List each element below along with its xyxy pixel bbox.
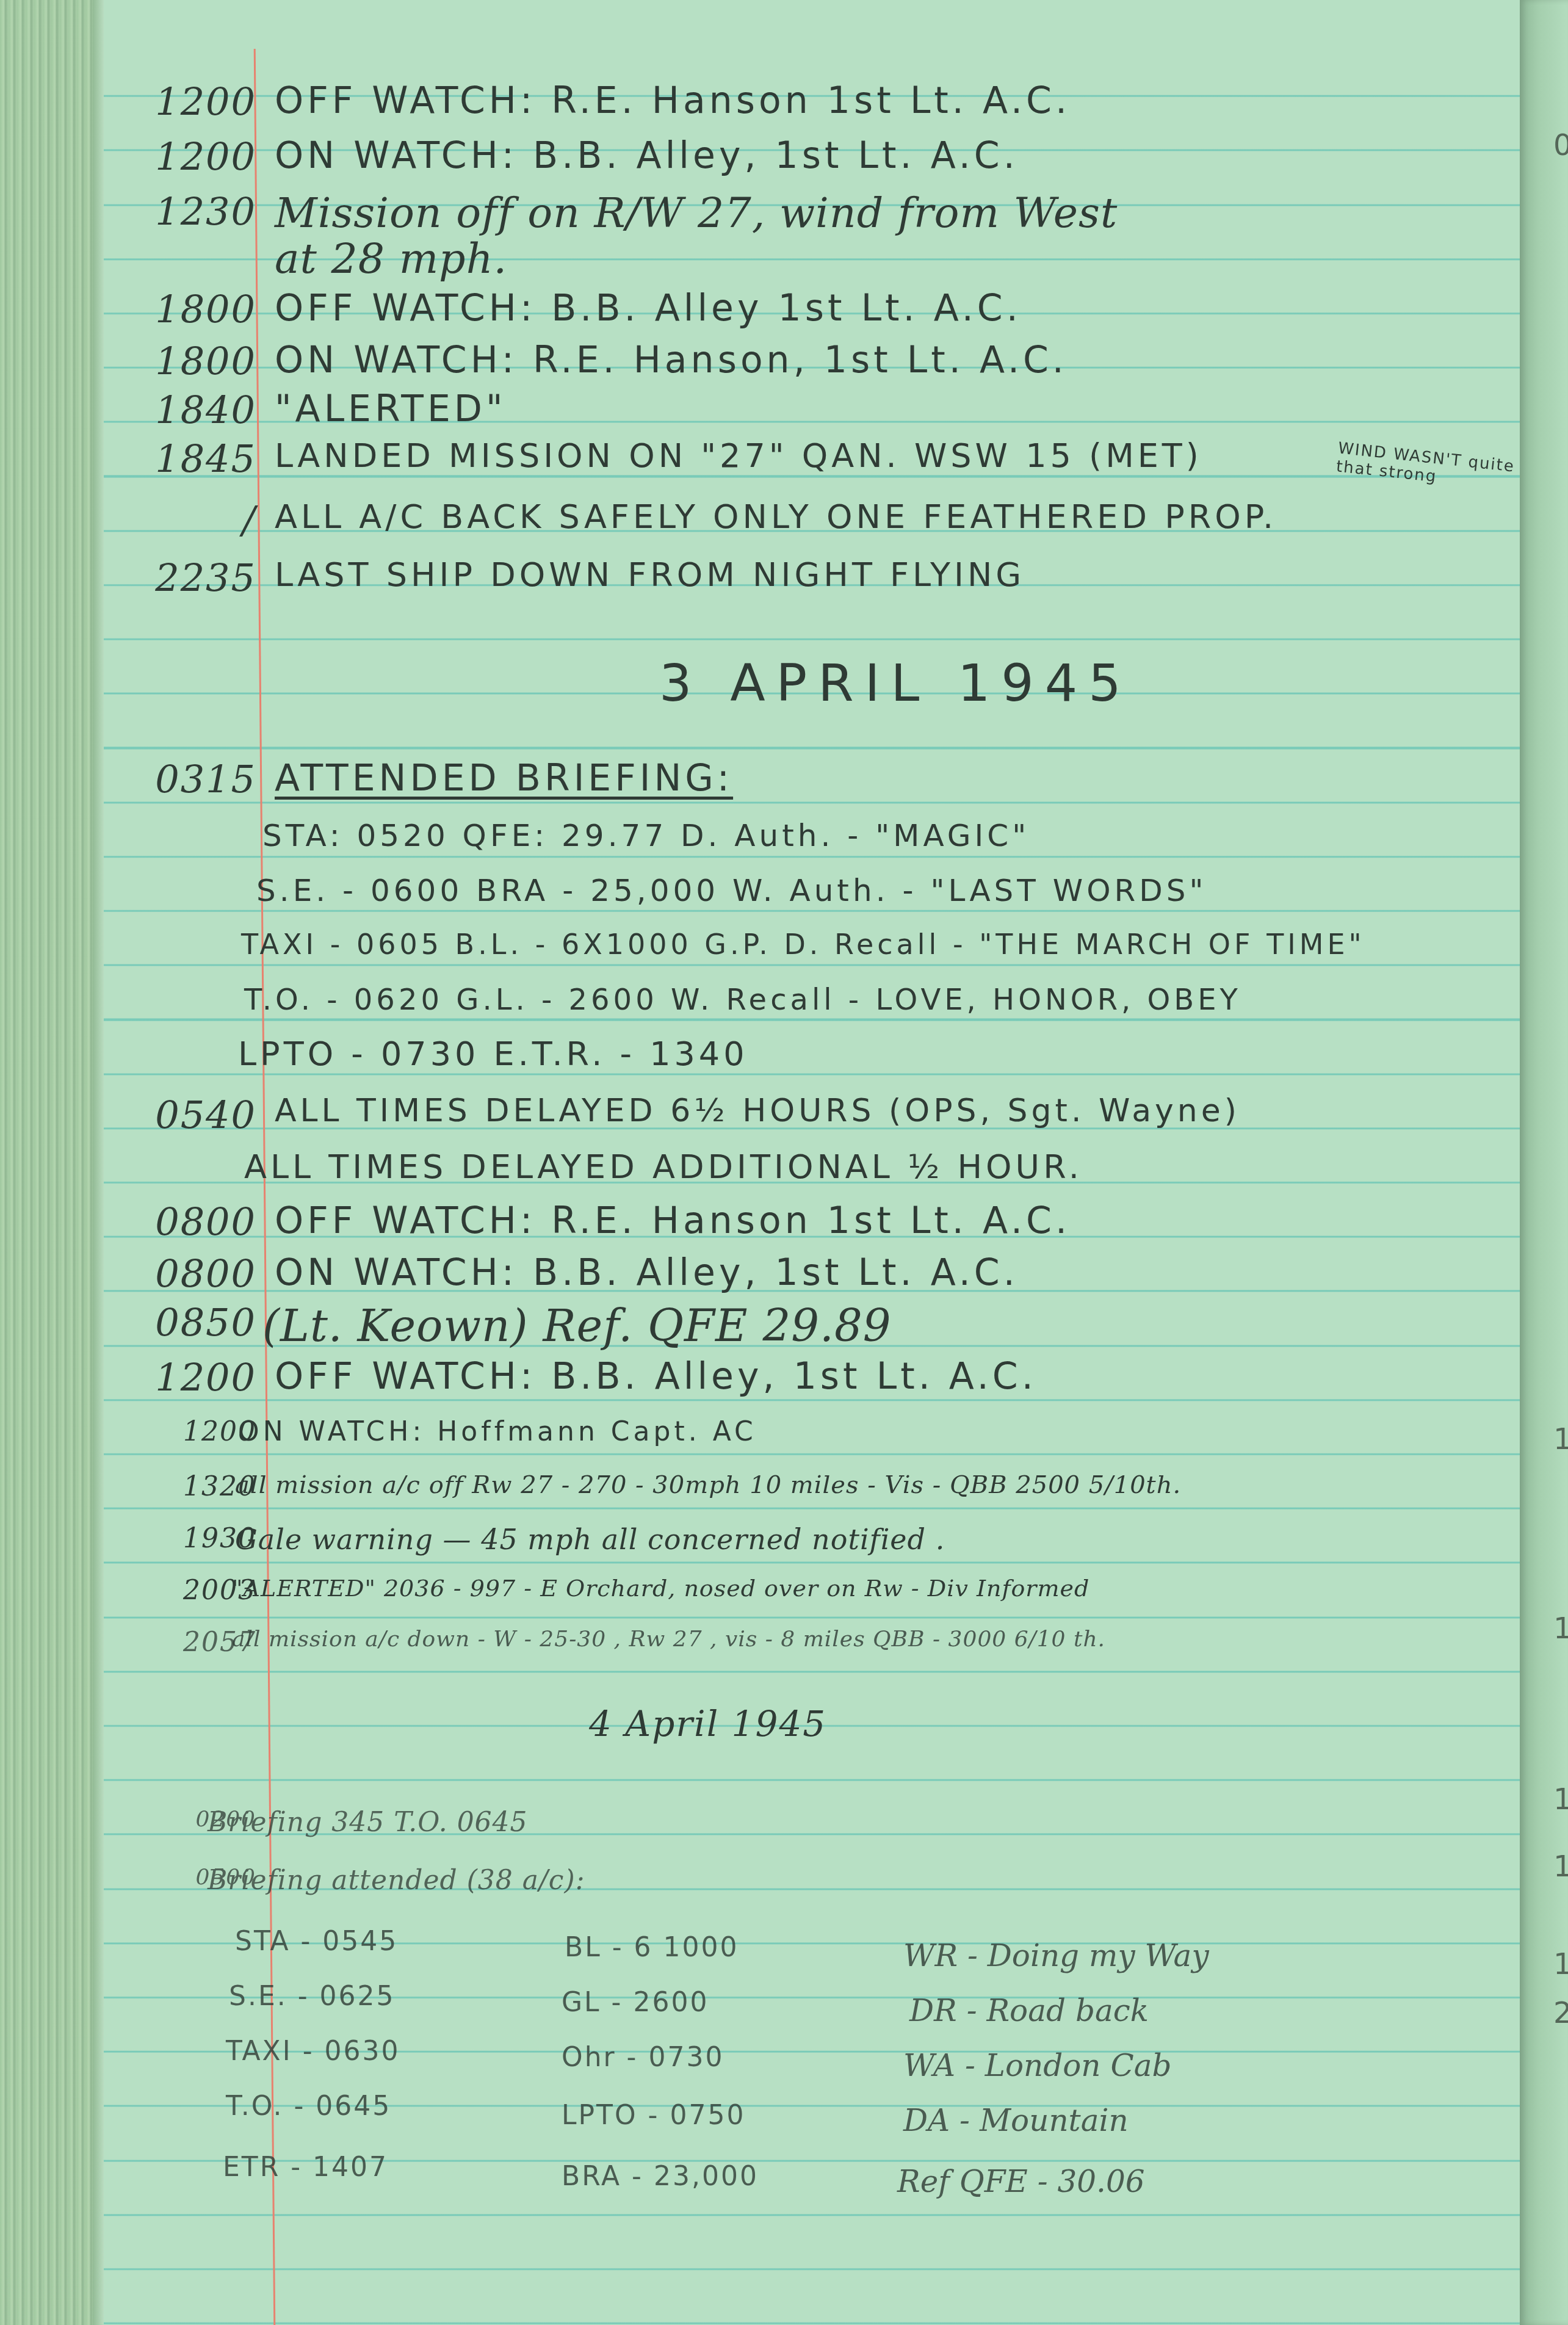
briefing-cell: WR - Doing my Way (903, 1938, 1209, 1973)
entry-time: 1840 (104, 388, 256, 432)
log-entry: 0540 ALL TIMES DELAYED 6½ HOURS (OPS, Sg… (0, 1093, 1520, 1148)
log-entry: 1845 LANDED MISSION ON "27" QAN. WSW 15 … (0, 436, 1520, 491)
date-heading: 4 April 1945 (589, 1703, 826, 1745)
entry-time: 0800 (104, 1251, 256, 1296)
entry-text: OFF WATCH: R.E. Hanson 1st Lt. A.C. (275, 79, 1071, 122)
briefing-text: TAXI - 0605 B.L. - 6X1000 G.P. D. Recall… (241, 928, 1365, 961)
briefing-cell: STA - 0545 (235, 1926, 398, 1957)
entry-time: 1200 (104, 79, 256, 124)
facing-page-fragment: 1 (1553, 1850, 1568, 1884)
briefing-cell: BRA - 23,000 (562, 2161, 759, 2192)
entry-time: 0850 (104, 1300, 256, 1345)
entry-time: 1200 (104, 134, 256, 179)
log-entry: 0800 ON WATCH: B.B. Alley, 1st Lt. A.C. (0, 1251, 1520, 1306)
log-entry: 1930 Gale warning — 45 mph all concerned… (0, 1523, 1520, 1578)
log-entry-continuation: at 28 mph. (0, 235, 1520, 290)
briefing-line: T.O. - 0620 G.L. - 2600 W. Recall - LOVE… (0, 983, 1520, 1038)
facing-page-fragment: 0 (1553, 128, 1568, 162)
entry-text: LANDED MISSION ON "27" QAN. WSW 15 (MET) (275, 436, 1202, 475)
entry-text: "ALERTED" 2036 - 997 - E Orchard, nosed … (232, 1575, 1089, 1602)
entry-text: ON WATCH: B.B. Alley, 1st Lt. A.C. (275, 1251, 1019, 1294)
facing-page-fragment: 1 (1553, 1422, 1568, 1456)
entry-text: (Lt. Keown) Ref. QFE 29.89 (262, 1300, 892, 1351)
log-entry: ALL TIMES DELAYED ADDITIONAL ½ HOUR. (0, 1148, 1520, 1202)
log-entry: 1800 OFF WATCH: B.B. Alley 1st Lt. A.C. (0, 287, 1520, 342)
facing-page-fragment: 17 (1553, 1782, 1568, 1817)
entry-text: Briefing attended (38 a/c): (208, 1865, 585, 1896)
log-entry: / ALL A/C BACK SAFELY ONLY ONE FEATHERED… (0, 497, 1520, 552)
entry-text: OFF WATCH: R.E. Hanson 1st Lt. A.C. (275, 1199, 1071, 1242)
entry-text: LAST SHIP DOWN FROM NIGHT FLYING (275, 555, 1025, 594)
briefing-line: STA: 0520 QFE: 29.77 D. Auth. - "MAGIC" (0, 818, 1520, 873)
briefing-line: TAXI - 0605 B.L. - 6X1000 G.P. D. Recall… (0, 928, 1520, 983)
briefing-text: STA: 0520 QFE: 29.77 D. Auth. - "MAGIC" (262, 818, 1030, 853)
facing-page-fragment: 19 (1553, 1947, 1568, 1981)
log-entry: 1320 all mission a/c off Rw 27 - 270 - 3… (0, 1471, 1520, 1526)
entry-text: Gale warning — 45 mph all concerned noti… (235, 1523, 945, 1556)
entry-text: all mission a/c down - W - 25-30 , Rw 27… (232, 1627, 1105, 1652)
log-entry: 1840 "ALERTED" (0, 388, 1520, 443)
entry-text: ON WATCH: R.E. Hanson, 1st Lt. A.C. (275, 339, 1068, 381)
entry-time: 1845 (104, 436, 256, 481)
briefing-cell: S.E. - 0625 (229, 1981, 396, 2012)
briefing-cell: GL - 2600 (562, 1987, 709, 2018)
briefing-text: LPTO - 0730 E.T.R. - 1340 (238, 1035, 748, 1073)
log-entry: 1200 OFF WATCH: B.B. Alley, 1st Lt. A.C. (0, 1355, 1520, 1410)
log-entry: 2057 all mission a/c down - W - 25-30 , … (0, 1627, 1520, 1682)
briefing-cell: WA - London Cab (903, 2048, 1171, 2083)
briefing-cell: TAXI - 0630 (226, 2036, 400, 2067)
entry-text: Mission off on R/W 27, wind from West (275, 189, 1118, 237)
briefing-cell: DA - Mountain (903, 2103, 1129, 2138)
entry-text: ON WATCH: B.B. Alley, 1st Lt. A.C. (275, 134, 1019, 177)
entry-text: OFF WATCH: B.B. Alley 1st Lt. A.C. (275, 287, 1022, 330)
entry-time: 1800 (104, 287, 256, 331)
briefing-cell: Ref QFE - 30.06 (897, 2164, 1145, 2199)
facing-page-fragment: 23 (1553, 1996, 1568, 2030)
facing-page-fragment: 1 (1553, 1611, 1568, 1646)
entry-time: 1800 (104, 339, 256, 383)
entry-time: / (104, 497, 256, 542)
log-entry: 2003 "ALERTED" 2036 - 997 - E Orchard, n… (0, 1575, 1520, 1630)
briefing-cell: LPTO - 0750 (562, 2100, 745, 2131)
briefing-title: ATTENDED BRIEFING: (275, 757, 733, 800)
briefing-line: LPTO - 0730 E.T.R. - 1340 (0, 1035, 1520, 1090)
entry-text: ALL A/C BACK SAFELY ONLY ONE FEATHERED P… (275, 497, 1277, 536)
entry-time: 1320 (104, 1471, 256, 1502)
entry-time: 0315 (104, 757, 256, 801)
log-entry: 0500 Briefing attended (38 a/c): (0, 1865, 1520, 1920)
log-entry: 0200 Briefing 345 T.O. 0645 (0, 1807, 1520, 1862)
log-entry: 0850 (Lt. Keown) Ref. QFE 29.89 (0, 1300, 1520, 1355)
entry-text: OFF WATCH: B.B. Alley, 1st Lt. A.C. (275, 1355, 1037, 1398)
briefing-cell: T.O. - 0645 (226, 2091, 391, 2122)
entry-time: 1200 (104, 1416, 256, 1447)
entry-text: "ALERTED" (275, 388, 507, 430)
log-entry: 1200 ON WATCH: B.B. Alley, 1st Lt. A.C. (0, 134, 1520, 189)
entry-time: 1230 (104, 189, 256, 234)
log-entry: 1200 ON WATCH: Hoffmann Capt. AC (0, 1416, 1520, 1471)
entry-time: 1200 (104, 1355, 256, 1400)
entry-text: Briefing 345 T.O. 0645 (208, 1807, 528, 1838)
log-entry: 1800 ON WATCH: R.E. Hanson, 1st Lt. A.C. (0, 339, 1520, 394)
entry-time: 2235 (104, 555, 256, 600)
entry-text: at 28 mph. (275, 235, 507, 283)
log-entry: 0800 OFF WATCH: R.E. Hanson 1st Lt. A.C. (0, 1199, 1520, 1254)
log-entry: 2235 LAST SHIP DOWN FROM NIGHT FLYING (0, 555, 1520, 610)
briefing-cell: BL - 6 1000 (565, 1932, 739, 1963)
entry-time: 0800 (104, 1199, 256, 1244)
entry-time: 0540 (104, 1093, 256, 1137)
briefing-line: S.E. - 0600 BRA - 25,000 W. Auth. - "LAS… (0, 873, 1520, 928)
entry-text: all mission a/c off Rw 27 - 270 - 30mph … (235, 1471, 1181, 1499)
briefing-text: T.O. - 0620 G.L. - 2600 W. Recall - LOVE… (244, 983, 1241, 1017)
entry-text: ON WATCH: Hoffmann Capt. AC (238, 1416, 757, 1447)
briefing-cell: ETR - 1407 (223, 2152, 388, 2183)
briefing-header: 0315 ATTENDED BRIEFING: (0, 757, 1520, 812)
entry-text: ALL TIMES DELAYED 6½ HOURS (OPS, Sgt. Wa… (275, 1093, 1240, 1129)
entry-time: 1930 (104, 1523, 256, 1554)
briefing-cell: Ohr - 0730 (562, 2042, 724, 2073)
entry-text: ALL TIMES DELAYED ADDITIONAL ½ HOUR. (244, 1148, 1083, 1186)
briefing-text: S.E. - 0600 BRA - 25,000 W. Auth. - "LAS… (256, 873, 1207, 908)
log-entry: 1200 OFF WATCH: R.E. Hanson 1st Lt. A.C. (0, 79, 1520, 134)
briefing-cell: DR - Road back (909, 1993, 1149, 2028)
date-heading: 3 APRIL 1945 (659, 653, 1132, 713)
